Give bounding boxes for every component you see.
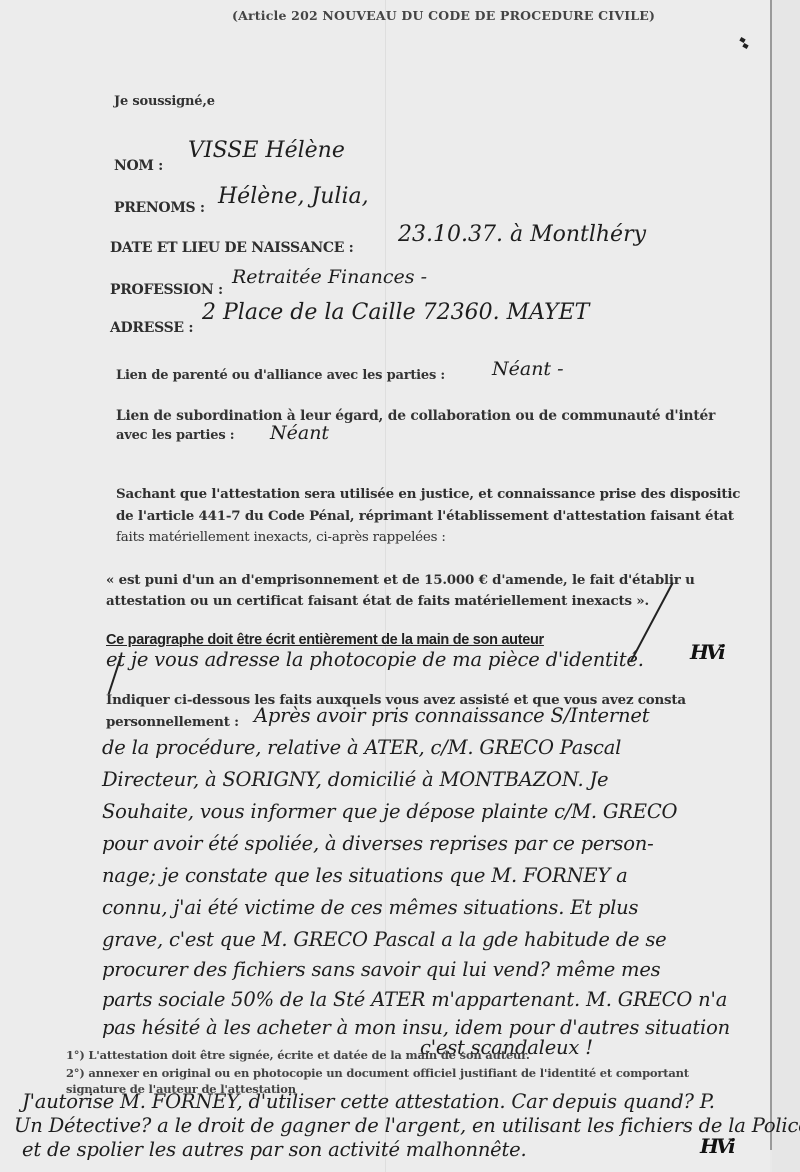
lien-parente-value: Néant - (492, 358, 564, 380)
lien-subordination-label: Lien de subordination à leur égard, de c… (116, 408, 715, 424)
adresse-label: ADRESSE : (110, 320, 193, 336)
body-line: nage; je constate que les situations que… (102, 864, 628, 887)
prenoms-value: Hélène, Julia, (218, 184, 369, 209)
naissance-label: DATE ET LIEU DE NAISSANCE : (110, 240, 354, 256)
footer-line: J'autorise M. FORNEY, d'utiliser cette a… (22, 1090, 715, 1113)
handwritten-section-heading: Ce paragraphe doit être écrit entièremen… (106, 632, 544, 648)
body-line: de la procédure, relative à ATER, c/M. G… (102, 736, 621, 759)
adresse-value: 2 Place de la Caille 72360. MAYET (202, 300, 589, 325)
lien-subordination-value: Néant (270, 422, 329, 444)
profession-label: PROFESSION : (110, 282, 223, 298)
scan-marks-icon (740, 38, 748, 50)
penal-quote-line-2: attestation ou un certificat faisant éta… (106, 591, 649, 611)
document-header: (Article 202 NOUVEAU DU CODE DE PROCEDUR… (232, 8, 655, 23)
body-line: parts sociale 50% de la Sté ATER m'appar… (102, 988, 727, 1011)
penal-quote-line-1: « est puni d'un an d'emprisonnement et d… (106, 570, 695, 590)
lien-parente-label: Lien de parenté ou d'alliance avec les p… (116, 368, 445, 383)
body-line: pas hésité à les acheter à mon insu, ide… (102, 1016, 730, 1039)
sachant-line-2: de l'article 441-7 du Code Pénal, réprim… (116, 506, 734, 526)
lien-subordination-label-2: avec les parties : (116, 428, 234, 443)
sachant-line-3: faits matériellement inexacts, ci-après … (116, 528, 446, 548)
footer-line: Un Détective? a le droit de gagner de l'… (14, 1114, 800, 1137)
scan-margin (772, 0, 800, 1172)
signature-2: HVi (700, 1134, 733, 1158)
body-line: procurer des fichiers sans savoir qui lu… (102, 958, 660, 981)
footer-line: et de spolier les autres par son activit… (22, 1138, 527, 1161)
body-line: pour avoir été spoliée, à diverses repri… (102, 832, 654, 855)
indiquer-line-2-label: personnellement : (106, 712, 239, 732)
body-line: connu, j'ai été victime de ces mêmes sit… (102, 896, 638, 919)
note-2-line-1: 2°) annexer en original ou en photocopie… (66, 1066, 689, 1080)
handwritten-id-line: et je vous adresse la photocopie de ma p… (106, 648, 644, 671)
signature-1: HVi (690, 640, 723, 664)
body-line: Directeur, à SORIGNY, domicilié à MONTBA… (102, 768, 608, 791)
sachant-line-1: Sachant que l'attestation sera utilisée … (116, 484, 740, 504)
intro-text: Je soussigné,e (114, 94, 215, 109)
note-1: 1°) L'attestation doit être signée, écri… (66, 1048, 530, 1062)
nom-value: VISSE Hélène (188, 138, 345, 163)
naissance-value: 23.10.37. à Montlhéry (398, 222, 646, 247)
profession-value: Retraitée Finances - (232, 266, 427, 288)
body-line: Souhaite, vous informer que je dépose pl… (102, 800, 677, 823)
nom-label: NOM : (114, 158, 163, 174)
prenoms-label: PRENOMS : (114, 200, 205, 216)
body-line: grave, c'est que M. GRECO Pascal a la gd… (102, 928, 667, 951)
indiquer-line-2-hand: Après avoir pris connaissance S/Internet (254, 704, 649, 727)
